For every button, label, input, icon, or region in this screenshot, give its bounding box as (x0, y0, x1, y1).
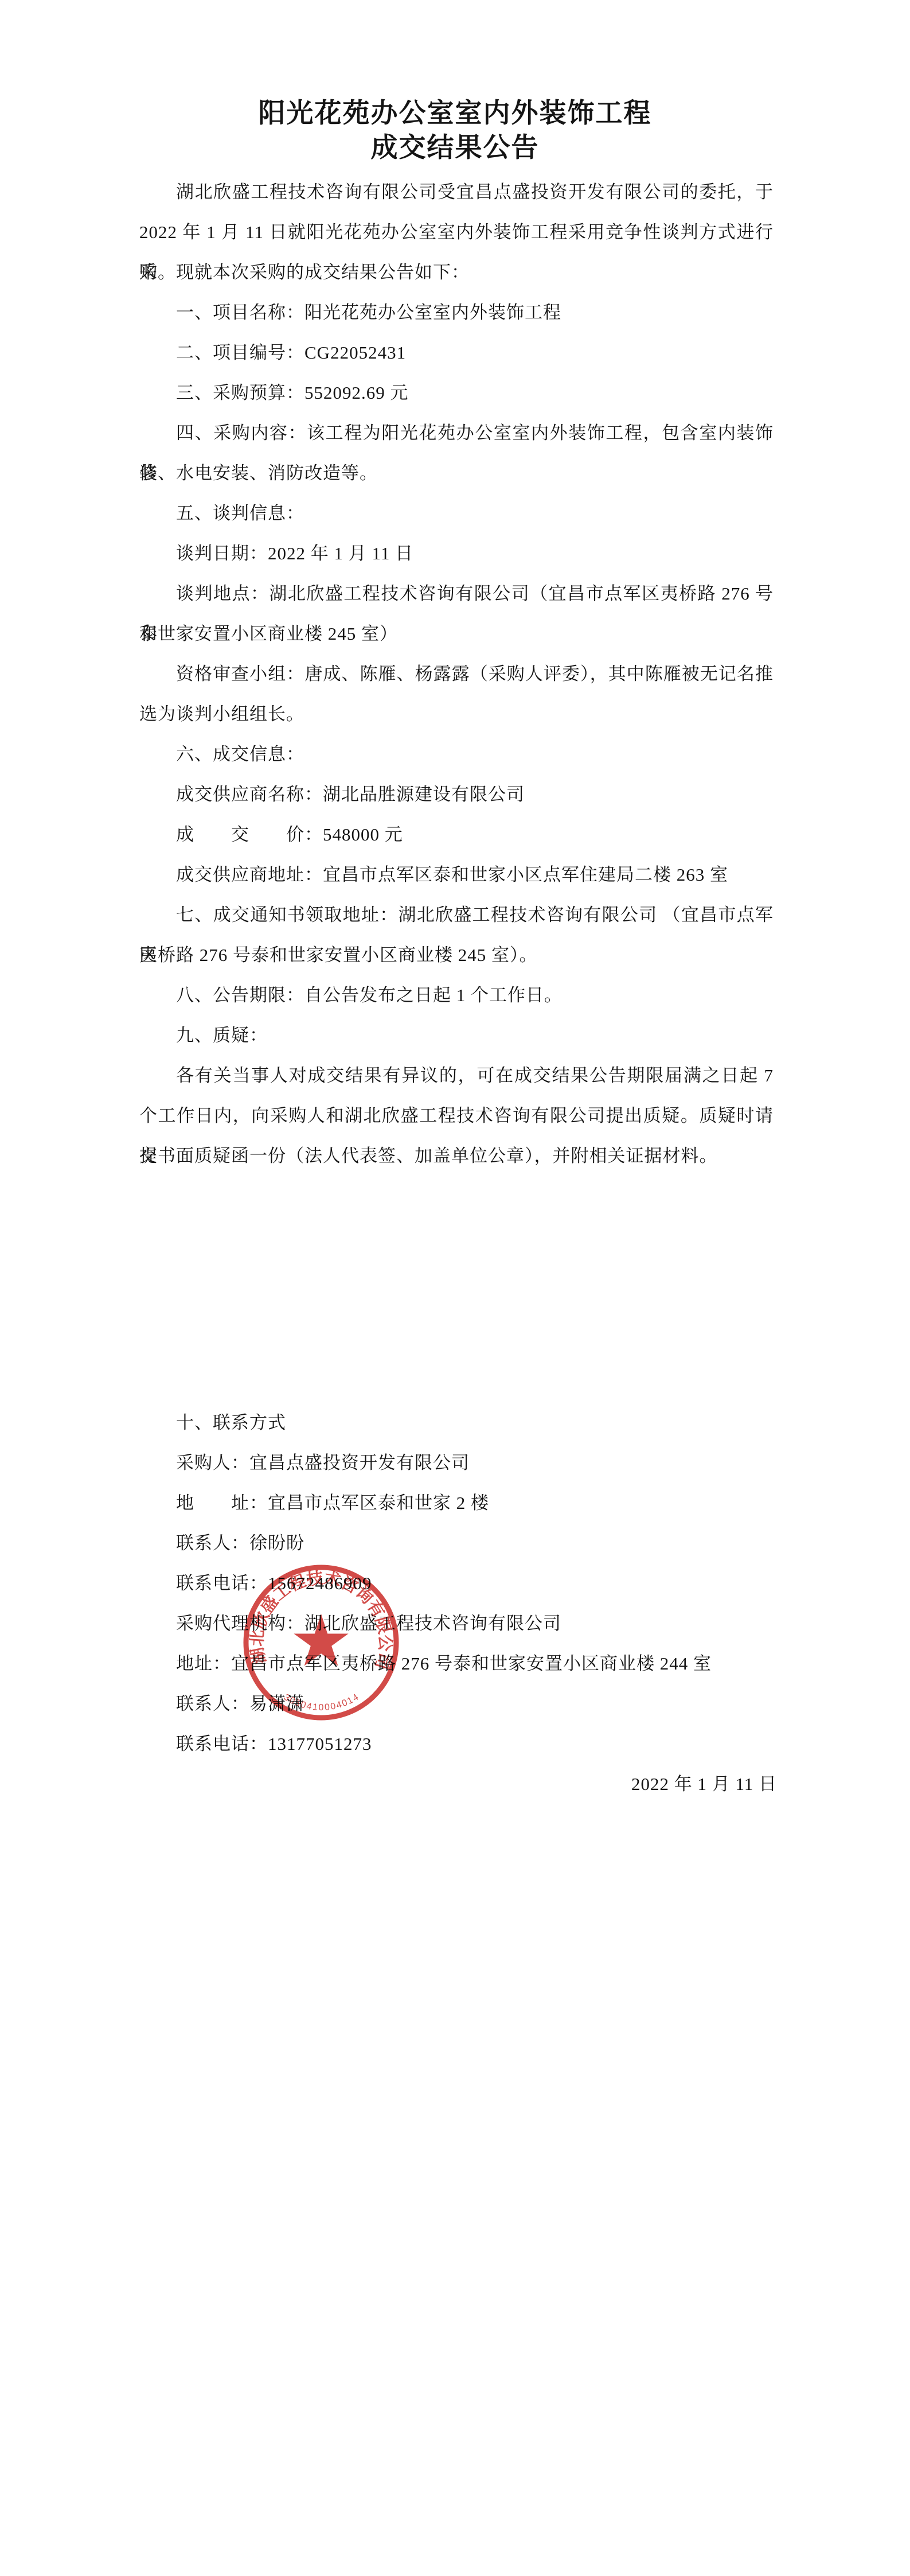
document-line: 八、公告期限：自公告发布之日起 1 个工作日。 (139, 975, 774, 1015)
document-line: 五、谈判信息： (139, 493, 774, 534)
document-line: 个工作日内，向采购人和湖北欣盛工程技术咨询有限公司提出质疑。质疑时请提 (139, 1096, 774, 1136)
document-line: 采购代理机构：湖北欣盛工程技术咨询有限公司 (139, 1604, 774, 1644)
document-line: 采购人：宜昌点盛投资开发有限公司 (139, 1443, 774, 1483)
document-line: 七、成交通知书领取地址：湖北欣盛工程技术咨询有限公司 （宜昌市点军区 (139, 895, 774, 935)
document-line: 资格审查小组：唐成、陈雁、杨露露（采购人评委），其中陈雁被无记名推 (139, 654, 774, 694)
document-line: 购。现就本次采购的成交结果公告如下： (139, 252, 774, 293)
document-page: 阳光花苑办公室室内外装饰工程 成交结果公告 湖北欣盛工程技术咨询有限公司受宜昌点… (0, 0, 910, 2576)
document-line: 和世家安置小区商业楼 245 室） (139, 614, 774, 654)
document-line: 谈判日期：2022 年 1 月 11 日 (139, 534, 774, 574)
document-title-line: 阳光花苑办公室室内外装饰工程 (0, 96, 910, 131)
document-line: 湖北欣盛工程技术咨询有限公司受宜昌点盛投资开发有限公司的委托，于 (139, 172, 774, 212)
document-line: 地 址：宜昌市点军区泰和世家 2 楼 (139, 1483, 774, 1523)
document-line: 一、项目名称：阳光花苑办公室室内外装饰工程 (139, 293, 774, 333)
document-line: 各有关当事人对成交结果有异议的，可在成交结果公告期限届满之日起 7 (139, 1056, 774, 1096)
document-line: 联系电话：13177051273 (139, 1724, 774, 1764)
document-line: 地址：宜昌市点军区夷桥路 276 号泰和世家安置小区商业楼 244 室 (139, 1644, 774, 1684)
document-line: 十、联系方式 (139, 1403, 774, 1443)
document-line: 成交供应商名称：湖北品胜源建设有限公司 (139, 775, 774, 815)
document-line: 交书面质疑函一份（法人代表签、加盖单位公章），并附相关证据材料。 (139, 1136, 774, 1176)
document-line: 修、水电安装、消防改造等。 (139, 453, 774, 493)
document-line: 二、项目编号：CG22052431 (139, 333, 774, 373)
seal-star-icon (294, 1614, 348, 1666)
document-line: 选为谈判小组组长。 (139, 694, 774, 734)
document-line: 四、采购内容：该工程为阳光花苑办公室室内外装饰工程，包含室内装饰装 (139, 413, 774, 453)
document-line: 联系人：易潇潇 (139, 1684, 774, 1724)
document-date: 2022 年 1 月 11 日 (631, 1764, 777, 1804)
document-line: 三、采购预算：552092.69 元 (139, 373, 774, 413)
document-line: 六、成交信息： (139, 734, 774, 775)
document-title-line: 成交结果公告 (0, 131, 910, 165)
document-line: 谈判地点：湖北欣盛工程技术咨询有限公司（宜昌市点军区夷桥路 276 号泰 (139, 574, 774, 614)
document-line: 成交供应商地址：宜昌市点军区泰和世家小区点军住建局二楼 263 室 (139, 855, 774, 895)
document-line: 九、质疑： (139, 1015, 774, 1056)
document-line: 成 交 价：548000 元 (139, 815, 774, 855)
seal-serial-number: 3050410004014 (282, 1692, 361, 1713)
document-line: 联系人：徐盼盼 (139, 1523, 774, 1563)
document-title: 阳光花苑办公室室内外装饰工程 成交结果公告 (0, 96, 910, 165)
document-line: 联系电话：15672486909 (139, 1563, 774, 1604)
company-seal: 湖北欣盛工程技术咨询有限公司 3050410004014 (238, 1559, 404, 1726)
document-line: 夷桥路 276 号泰和世家安置小区商业楼 245 室）。 (139, 935, 774, 975)
document-line: 2022 年 1 月 11 日就阳光花苑办公室室内外装饰工程采用竞争性谈判方式进… (139, 212, 774, 252)
